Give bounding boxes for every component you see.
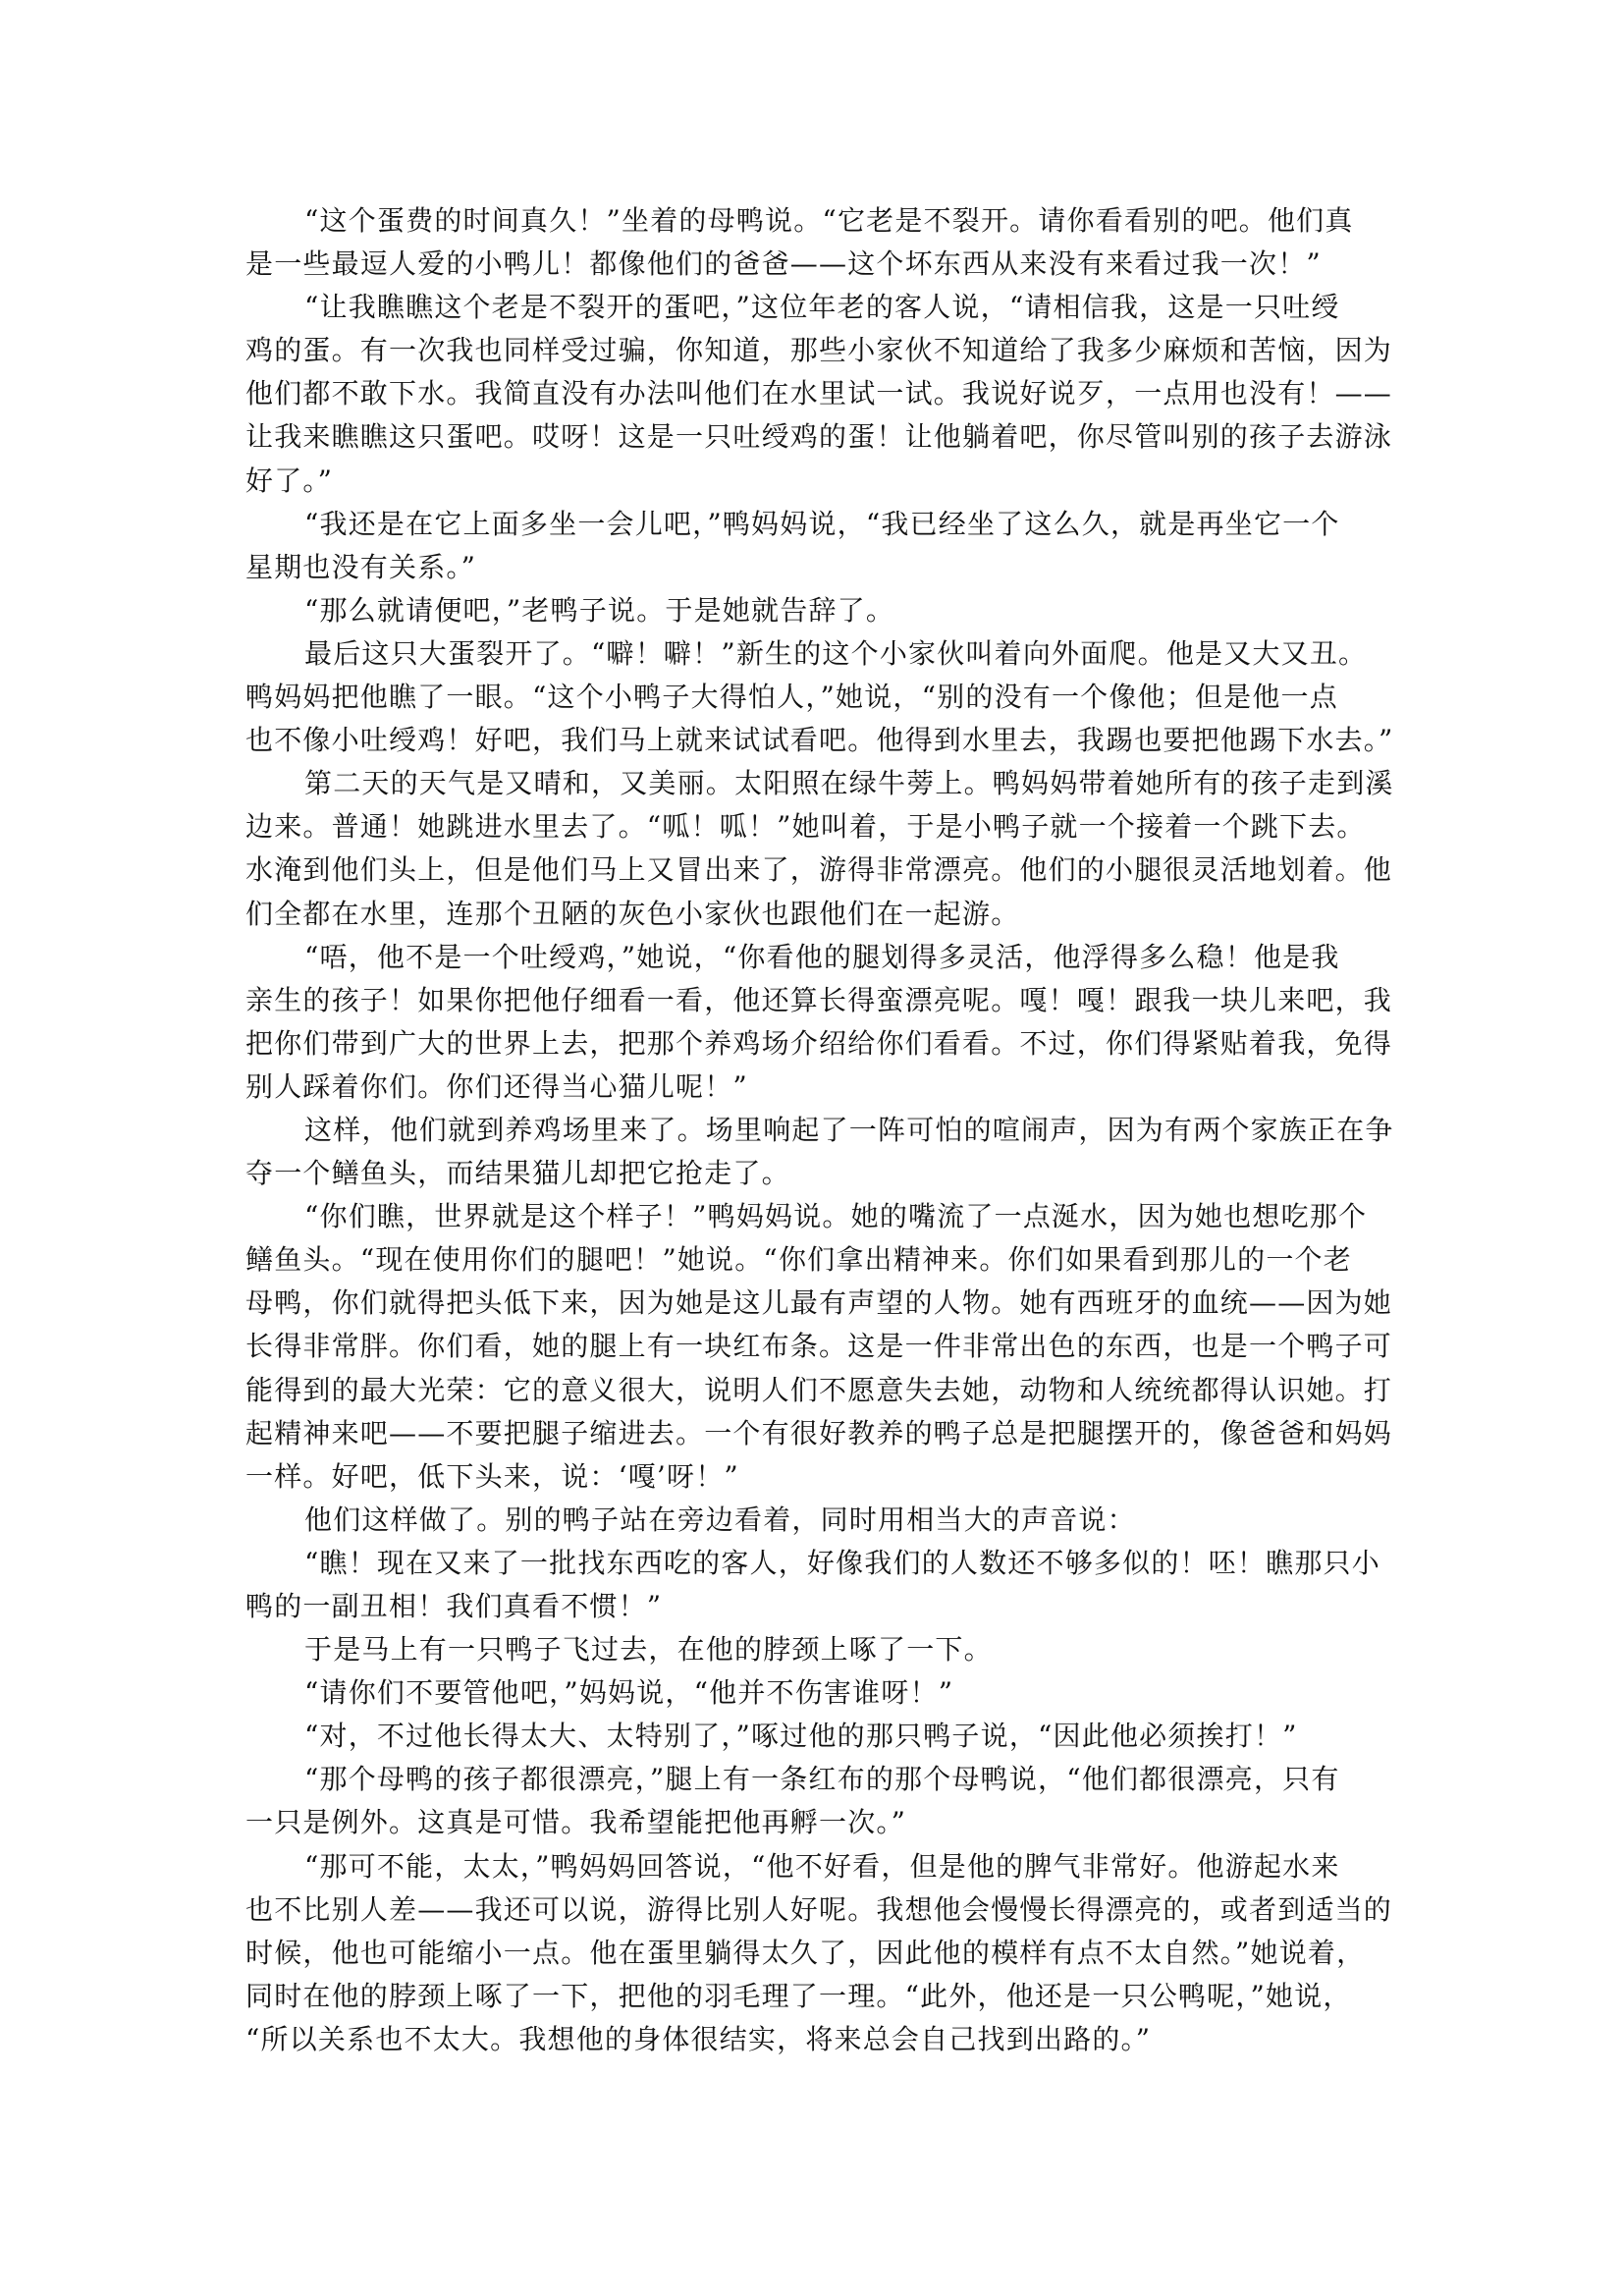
paragraph: 这样，他们就到养鸡场里来了。场里响起了一阵可怕的喧闹声，因为有两个家族正在争 夺… [245,1109,1384,1195]
text-line: 鸭的一副丑相！我们真看不惯！” [245,1585,1384,1628]
text-line: 夺一个鳝鱼头，而结果猫儿却把它抢走了。 [245,1152,1384,1195]
text-line: “这个蛋费的时间真久！”坐着的母鸭说。“它老是不裂开。请你看看别的吧。他们真 [245,199,1384,243]
text-line: 他们这样做了。别的鸭子站在旁边看着，同时用相当大的声音说： [245,1499,1384,1542]
text-line: 长得非常胖。你们看，她的腿上有一块红布条。这是一件非常出色的东西，也是一个鸭子可 [245,1325,1384,1368]
text-line: 母鸭，你们就得把头低下来，因为她是这儿最有声望的人物。她有西班牙的血统——因为她 [245,1282,1384,1325]
text-line: 同时在他的脖颈上啄了一下，把他的羽毛理了一理。“此外，他还是一只公鸭呢，”她说， [245,1975,1384,2018]
paragraph: “你们瞧，世界就是这个样子！”鸭妈妈说。她的嘴流了一点涎水，因为她也想吃那个 鳝… [245,1195,1384,1499]
document-page: “这个蛋费的时间真久！”坐着的母鸭说。“它老是不裂开。请你看看别的吧。他们真 是… [245,199,1384,2061]
text-line: “唔，他不是一个吐绶鸡，”她说，“你看他的腿划得多灵活，他浮得多么稳！他是我 [245,936,1384,979]
paragraph: “那可不能，太太，”鸭妈妈回答说，“他不好看，但是他的脾气非常好。他游起水来 也… [245,1845,1384,2061]
paragraph: “唔，他不是一个吐绶鸡，”她说，“你看他的腿划得多灵活，他浮得多么稳！他是我 亲… [245,936,1384,1109]
text-line: 他们都不敢下水。我简直没有办法叫他们在水里试一试。我说好说歹，一点用也没有！—— [245,372,1384,415]
text-line: “那可不能，太太，”鸭妈妈回答说，“他不好看，但是他的脾气非常好。他游起水来 [245,1845,1384,1888]
paragraph: 第二天的天气是又晴和，又美丽。太阳照在绿牛蒡上。鸭妈妈带着她所有的孩子走到溪 边… [245,762,1384,935]
text-line: 是一些最逗人爱的小鸭儿！都像他们的爸爸——这个坏东西从来没有来看过我一次！” [245,243,1384,286]
paragraph: “那个母鸭的孩子都很漂亮，”腿上有一条红布的那个母鸭说，“他们都很漂亮，只有 一… [245,1758,1384,1844]
paragraph: 他们这样做了。别的鸭子站在旁边看着，同时用相当大的声音说： [245,1499,1384,1542]
text-line: “那么就请便吧，”老鸭子说。于是她就告辞了。 [245,589,1384,632]
text-line: 别人踩着你们。你们还得当心猫儿呢！” [245,1066,1384,1109]
text-line: 也不比别人差——我还可以说，游得比别人好呢。我想他会慢慢长得漂亮的，或者到适当的 [245,1888,1384,1932]
text-line: 鸭妈妈把他瞧了一眼。“这个小鸭子大得怕人，”她说，“别的没有一个像他；但是他一点 [245,676,1384,719]
text-line: 也不像小吐绶鸡！好吧，我们马上就来试试看吧。他得到水里去，我踢也要把他踢下水去。… [245,719,1384,762]
paragraph: “这个蛋费的时间真久！”坐着的母鸭说。“它老是不裂开。请你看看别的吧。他们真 是… [245,199,1384,286]
text-line: 这样，他们就到养鸡场里来了。场里响起了一阵可怕的喧闹声，因为有两个家族正在争 [245,1109,1384,1152]
text-line: 鳝鱼头。“现在使用你们的腿吧！”她说。“你们拿出精神来。你们如果看到那儿的一个老 [245,1238,1384,1282]
text-line: 好了。” [245,460,1384,503]
text-line: 亲生的孩子！如果你把他仔细看一看，他还算长得蛮漂亮呢。嘎！嘎！跟我一块儿来吧，我 [245,979,1384,1022]
text-line: “你们瞧，世界就是这个样子！”鸭妈妈说。她的嘴流了一点涎水，因为她也想吃那个 [245,1195,1384,1238]
text-line: 第二天的天气是又晴和，又美丽。太阳照在绿牛蒡上。鸭妈妈带着她所有的孩子走到溪 [245,762,1384,805]
text-line: “所以关系也不太大。我想他的身体很结实，将来总会自己找到出路的。” [245,2018,1384,2061]
paragraph: “让我瞧瞧这个老是不裂开的蛋吧，”这位年老的客人说，“请相信我，这是一只吐绶 鸡… [245,286,1384,502]
text-line: 一样。好吧，低下头来，说：‘嘎’呀！” [245,1455,1384,1499]
text-line: 边来。普通！她跳进水里去了。“呱！呱！”她叫着，于是小鸭子就一个接着一个跳下去。 [245,805,1384,848]
text-line: 于是马上有一只鸭子飞过去，在他的脖颈上啄了一下。 [245,1628,1384,1671]
text-line: 把你们带到广大的世界上去，把那个养鸡场介绍给你们看看。不过，你们得紧贴着我，免得 [245,1022,1384,1066]
text-line: 时候，他也可能缩小一点。他在蛋里躺得太久了，因此他的模样有点不太自然。”她说着， [245,1932,1384,1975]
paragraph: 最后这只大蛋裂开了。“噼！噼！”新生的这个小家伙叫着向外面爬。他是又大又丑。 鸭… [245,632,1384,762]
text-line: “我还是在它上面多坐一会儿吧，”鸭妈妈说，“我已经坐了这么久，就是再坐它一个 [245,503,1384,546]
text-line: 能得到的最大光荣：它的意义很大，说明人们不愿意失去她，动物和人统统都得认识她。打 [245,1369,1384,1412]
text-line: “对，不过他长得太大、太特别了，”啄过他的那只鸭子说，“因此他必须挨打！” [245,1715,1384,1758]
text-line: 水淹到他们头上，但是他们马上又冒出来了，游得非常漂亮。他们的小腿很灵活地划着。他 [245,848,1384,892]
text-line: 鸡的蛋。有一次我也同样受过骗，你知道，那些小家伙不知道给了我多少麻烦和苦恼，因为 [245,329,1384,372]
paragraph: “那么就请便吧，”老鸭子说。于是她就告辞了。 [245,589,1384,632]
paragraph: “瞧！现在又来了一批找东西吃的客人，好像我们的人数还不够多似的！呸！瞧那只小 鸭… [245,1542,1384,1628]
text-line: 最后这只大蛋裂开了。“噼！噼！”新生的这个小家伙叫着向外面爬。他是又大又丑。 [245,632,1384,676]
paragraph: 于是马上有一只鸭子飞过去，在他的脖颈上啄了一下。 [245,1628,1384,1671]
text-line: “瞧！现在又来了一批找东西吃的客人，好像我们的人数还不够多似的！呸！瞧那只小 [245,1542,1384,1585]
text-line: 让我来瞧瞧这只蛋吧。哎呀！这是一只吐绶鸡的蛋！让他躺着吧，你尽管叫别的孩子去游泳 [245,415,1384,459]
text-line: “让我瞧瞧这个老是不裂开的蛋吧，”这位年老的客人说，“请相信我，这是一只吐绶 [245,286,1384,329]
text-line: 起精神来吧——不要把腿子缩进去。一个有很好教养的鸭子总是把腿摆开的，像爸爸和妈妈 [245,1412,1384,1455]
text-line: 星期也没有关系。” [245,546,1384,589]
paragraph: “对，不过他长得太大、太特别了，”啄过他的那只鸭子说，“因此他必须挨打！” [245,1715,1384,1758]
text-line: 们全都在水里，连那个丑陋的灰色小家伙也跟他们在一起游。 [245,893,1384,936]
paragraph: “请你们不要管他吧，”妈妈说，“他并不伤害谁呀！” [245,1671,1384,1715]
text-line: “请你们不要管他吧，”妈妈说，“他并不伤害谁呀！” [245,1671,1384,1715]
paragraph: “我还是在它上面多坐一会儿吧，”鸭妈妈说，“我已经坐了这么久，就是再坐它一个 星… [245,503,1384,589]
text-line: 一只是例外。这真是可惜。我希望能把他再孵一次。” [245,1801,1384,1844]
text-line: “那个母鸭的孩子都很漂亮，”腿上有一条红布的那个母鸭说，“他们都很漂亮，只有 [245,1758,1384,1801]
